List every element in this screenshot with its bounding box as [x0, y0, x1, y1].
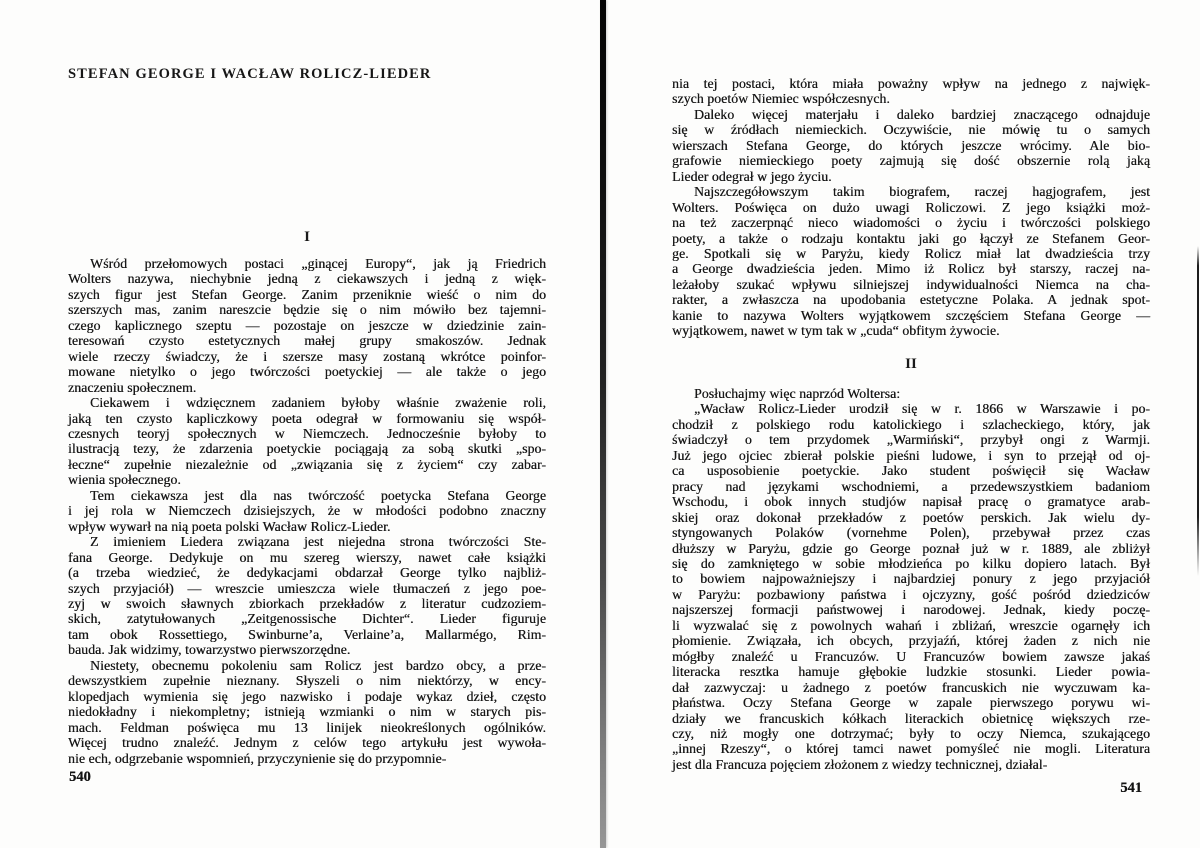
right-page-body-bottom: Posłuchajmy więc naprzód Woltersa: „Wacł…	[672, 386, 1150, 772]
paragraph: Z imieniem Liedera związana jest niejedn…	[68, 534, 546, 658]
page-left: STEFAN GEORGE I WACŁAW ROLICZ-LIEDER I W…	[68, 0, 546, 848]
paragraph: Niestety, obecnemu pokoleniu sam Rolicz …	[68, 658, 546, 766]
paragraph: Najszczegółowszym takim biografem, racze…	[672, 184, 1150, 339]
page-number-right: 541	[1120, 780, 1142, 797]
scan-edge-artifact	[1197, 246, 1199, 576]
paragraph: nia tej postaci, która miała poważny wpł…	[672, 76, 1150, 107]
scanned-book-spread: STEFAN GEORGE I WACŁAW ROLICZ-LIEDER I W…	[0, 0, 1200, 848]
paragraph: Wśród przełomowych postaci „ginącej Euro…	[68, 256, 546, 395]
article-title: STEFAN GEORGE I WACŁAW ROLICZ-LIEDER	[68, 66, 546, 83]
page-gutter-divider	[600, 0, 606, 848]
paragraph: „Wacław Rolicz-Lieder urodził się w r. 1…	[672, 401, 1150, 772]
page-number-left: 540	[69, 769, 91, 786]
page-right: nia tej postaci, która miała poważny wpł…	[672, 0, 1150, 848]
paragraph: Tem ciekawsza jest dla nas twórczość poe…	[68, 488, 546, 534]
right-page-body-top: nia tej postaci, która miała poważny wpł…	[672, 76, 1150, 339]
paragraph: Ciekawem i wdzięcznem zadaniem byłoby wł…	[68, 395, 546, 488]
left-page-body: Wśród przełomowych postaci „ginącej Euro…	[68, 256, 546, 766]
section-heading-i: I	[68, 229, 546, 246]
paragraph: Daleko więcej materjału i daleko bardzie…	[672, 107, 1150, 184]
section-heading-ii: II	[672, 356, 1150, 373]
paragraph: Posłuchajmy więc naprzód Woltersa:	[672, 386, 1150, 401]
